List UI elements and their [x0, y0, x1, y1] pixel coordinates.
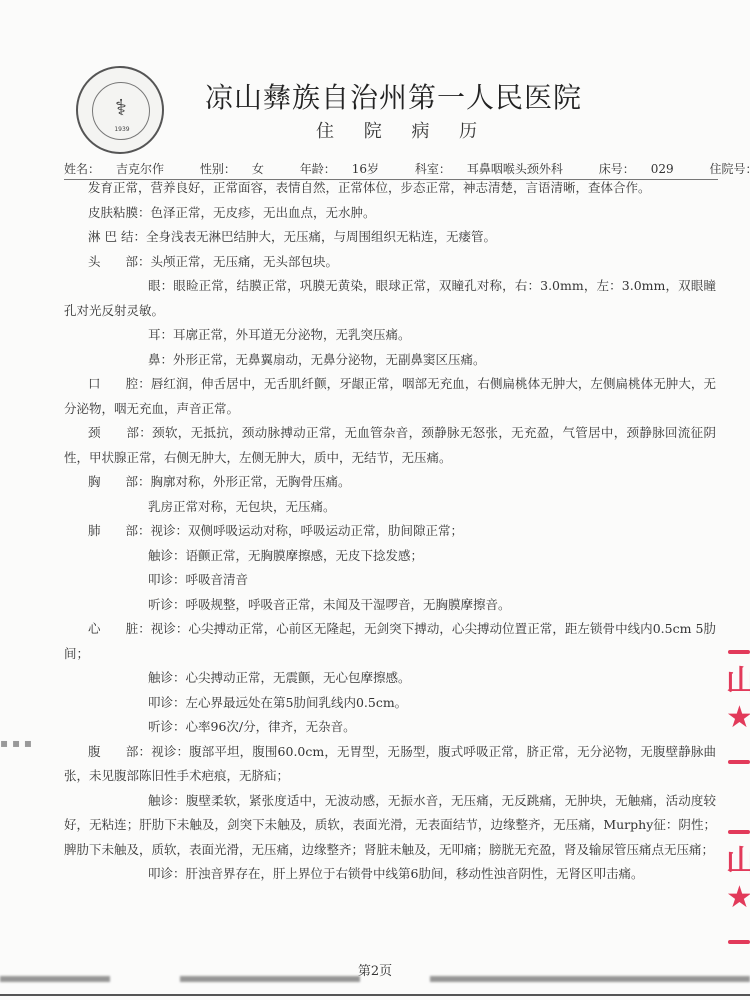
skin-label: 皮肤粘膜： — [88, 205, 151, 220]
mouth-text: 唇红润，伸舌居中，无舌肌纤颤，牙龈正常，咽部无充血，右侧扁桃体无肿大，左侧扁桃体… — [64, 376, 716, 416]
chest-exam: 胸 部：胸廓对称，外形正常，无胸骨压痛。 — [64, 470, 716, 495]
name-label: 姓名： — [64, 162, 100, 176]
stamp-glyph: 山 — [726, 836, 750, 880]
lymph-label: 淋 巴 结： — [88, 229, 146, 244]
eye-exam: 眼：眼睑正常，结膜正常，巩膜无黄染，眼球正常，双瞳孔对称，右：3.0mm，左：3… — [64, 274, 716, 323]
heart-percussion: 叩诊：左心界最远处在第5肋间乳线内0.5cm。 — [64, 691, 716, 716]
medical-record-page: ⚕ 1939 凉山彝族自治州第一人民医院 住 院 病 历 姓名：吉克尔作 性别：… — [0, 0, 750, 1000]
heart-auscultation: 听诊：心率96次/分，律齐，无杂音。 — [64, 715, 716, 740]
abdomen-inspection: 腹 部：视诊：腹部平坦，腹围60.0cm，无胃型，无肠型，腹式呼吸正常，脐正常，… — [64, 740, 716, 789]
red-seal-stamp: 山 ★ 山 ★ — [724, 640, 750, 950]
admission-field: 住院号：1247378 — [709, 162, 750, 176]
document-title: 住 院 病 历 — [316, 117, 489, 143]
scan-artifact — [180, 976, 360, 982]
chest-text: 胸廓对称，外形正常，无胸骨压痛。 — [151, 474, 351, 489]
scan-artifact — [430, 976, 750, 982]
stamp-bar — [728, 940, 750, 944]
hospital-logo: ⚕ 1939 — [76, 66, 164, 154]
heart-inspection: 心 脏：视诊：心尖搏动正常，心前区无隆起，无剑突下搏动，心尖搏动位置正常，距左锁… — [64, 617, 716, 666]
nose-exam: 鼻：外形正常，无鼻翼扇动，无鼻分泌物，无副鼻窦区压痛。 — [64, 348, 716, 373]
stamp-glyph: 山 — [726, 656, 750, 700]
general-exam: 发育正常，营养良好，正常面容，表情自然，正常体位，步态正常，神志清楚，言语清晰，… — [64, 176, 716, 201]
bed-field: 床号：029 — [599, 162, 690, 176]
lung-inspection: 肺 部：视诊：双侧呼吸运动对称，呼吸运动正常，肋间隙正常； — [64, 519, 716, 544]
admission-label: 住院号： — [709, 162, 750, 176]
lung-palpation: 触诊：语颤正常，无胸膜摩擦感，无皮下捻发感； — [64, 544, 716, 569]
lung-inspect-text: 视诊：双侧呼吸运动对称，呼吸运动正常，肋间隙正常； — [151, 523, 464, 538]
skin-text: 色泽正常，无皮疹，无出血点，无水肿。 — [151, 205, 376, 220]
breast-exam: 乳房正常对称，无包块，无压痛。 — [64, 495, 716, 520]
age-field: 年龄：16岁 — [300, 162, 395, 176]
abdomen-inspect-text: 视诊：腹部平坦，腹围60.0cm，无胃型，无肠型，腹式呼吸正常，脐正常，无分泌物… — [64, 744, 716, 784]
abdomen-label: 腹 部： — [88, 744, 151, 759]
caduceus-icon: ⚕ — [108, 96, 134, 122]
star-icon: ★ — [726, 700, 750, 735]
neck-text: 颈软，无抵抗，颈动脉搏动正常，无血管杂音，颈静脉无怒张，无充盈，气管居中，颈静脉… — [64, 425, 716, 465]
stamp-bar — [728, 830, 750, 834]
lung-label: 肺 部： — [88, 523, 151, 538]
mouth-exam: 口 腔：唇红润，伸舌居中，无舌肌纤颤，牙龈正常，咽部无充血，右侧扁桃体无肿大，左… — [64, 372, 716, 421]
dept-label: 科室： — [415, 162, 451, 176]
name-field: 姓名：吉克尔作 — [64, 162, 180, 176]
neck-exam: 颈 部：颈软，无抵抗，颈动脉搏动正常，无血管杂音，颈静脉无怒张，无充盈，气管居中… — [64, 421, 716, 470]
heart-palpation: 触诊：心尖搏动正常，无震颤，无心包摩擦感。 — [64, 666, 716, 691]
lung-percussion: 叩诊：呼吸音清音 — [64, 568, 716, 593]
bed-label: 床号： — [599, 162, 635, 176]
dept-field: 科室：耳鼻咽喉头颈外科 — [415, 162, 579, 176]
heart-inspect-text: 视诊：心尖搏动正常，心前区无隆起，无剑突下搏动，心尖搏动位置正常，距左锁骨中线内… — [64, 621, 716, 661]
scan-artifact-marks: ▪ ▪ ▪ — [0, 736, 32, 750]
lymph-exam: 淋 巴 结：全身浅表无淋巴结肿大，无压痛，与周围组织无粘连，无瘘管。 — [64, 225, 716, 250]
abdomen-percussion: 叩诊：肝浊音界存在，肝上界位于右锁骨中线第6肋间，移动性浊音阴性，无肾区叩击痛。 — [64, 862, 716, 887]
neck-label: 颈 部： — [88, 425, 152, 440]
sex-label: 性别： — [200, 162, 236, 176]
physical-exam-body: 发育正常，营养良好，正常面容，表情自然，正常体位，步态正常，神志清楚，言语清晰，… — [64, 176, 716, 887]
chest-label: 胸 部： — [88, 474, 151, 489]
bed-value: 029 — [651, 162, 674, 176]
mouth-label: 口 腔： — [88, 376, 151, 391]
dept-value: 耳鼻咽喉头颈外科 — [467, 162, 563, 176]
scan-artifact — [0, 976, 110, 982]
page-bottom-edge — [0, 994, 750, 996]
age-label: 年龄： — [300, 162, 336, 176]
head-label: 头 部： — [88, 254, 151, 269]
stamp-bar — [728, 650, 750, 654]
skin-exam: 皮肤粘膜：色泽正常，无皮疹，无出血点，无水肿。 — [64, 201, 716, 226]
stamp-bar — [728, 760, 750, 764]
lung-auscultation: 听诊：呼吸规整，呼吸音正常，未闻及干湿啰音，无胸膜摩擦音。 — [64, 593, 716, 618]
star-icon: ★ — [726, 880, 750, 915]
hospital-name: 凉山彝族自治州第一人民医院 — [205, 76, 582, 116]
ear-exam: 耳：耳廓正常，外耳道无分泌物，无乳突压痛。 — [64, 323, 716, 348]
head-exam: 头 部：头颅正常，无压痛，无头部包块。 — [64, 250, 716, 275]
lymph-text: 全身浅表无淋巴结肿大，无压痛，与周围组织无粘连，无瘘管。 — [146, 229, 496, 244]
sex-value: 女 — [252, 162, 264, 176]
sex-field: 性别：女 — [200, 162, 280, 176]
age-value: 16岁 — [352, 162, 379, 176]
heart-label: 心 脏： — [88, 621, 151, 636]
name-value: 吉克尔作 — [116, 162, 164, 176]
abdomen-palpation: 触诊：腹壁柔软，紧张度适中，无波动感，无振水音，无压痛，无反跳痛，无肿块，无触痛… — [64, 789, 716, 863]
head-text: 头颅正常，无压痛，无头部包块。 — [151, 254, 339, 269]
logo-year: 1939 — [112, 126, 132, 133]
